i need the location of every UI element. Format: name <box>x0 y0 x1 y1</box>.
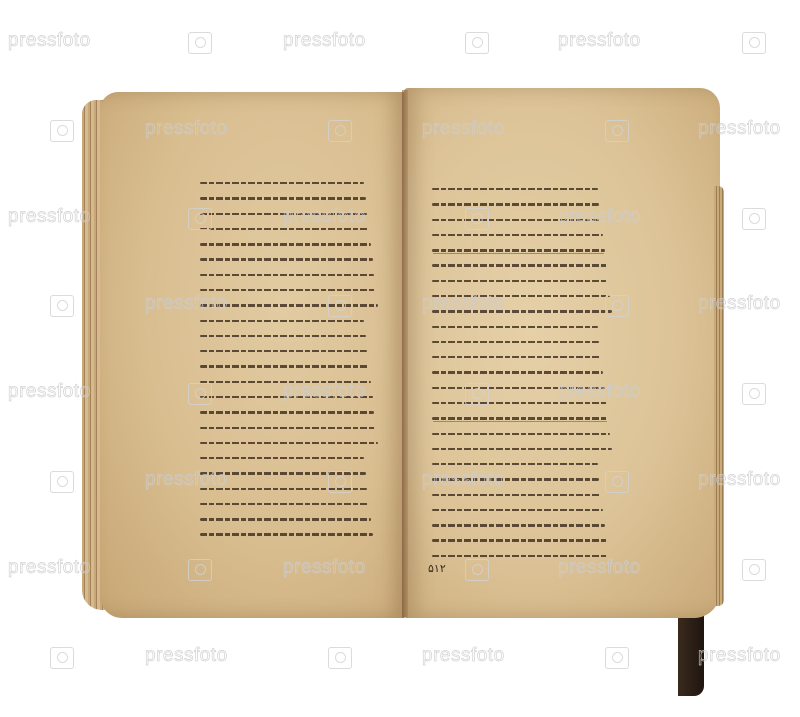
page-number: ۵۱۲ <box>428 562 446 575</box>
watermark-logo-icon <box>50 120 74 142</box>
watermark-text: pressfoto <box>145 118 228 140</box>
watermark-text: pressfoto <box>283 381 366 403</box>
watermark-text: pressfoto <box>698 645 781 667</box>
watermark-text: pressfoto <box>145 645 228 667</box>
watermark-logo-icon <box>188 208 212 230</box>
manuscript-text-line <box>432 188 598 190</box>
watermark-logo-icon <box>328 471 352 493</box>
watermark-logo-icon <box>328 647 352 669</box>
manuscript-text-line <box>200 365 369 367</box>
watermark-logo-icon <box>742 559 766 581</box>
watermark-text: pressfoto <box>558 206 641 228</box>
manuscript-text-line <box>200 197 366 199</box>
manuscript-text-line <box>432 539 607 541</box>
watermark-text: pressfoto <box>283 557 366 579</box>
manuscript-text-line <box>200 518 371 520</box>
watermark-logo-icon <box>328 295 352 317</box>
watermark-text: pressfoto <box>145 293 228 315</box>
manuscript-text-line <box>432 494 601 496</box>
manuscript-text-line <box>200 228 369 230</box>
watermark-text: pressfoto <box>422 118 505 140</box>
watermark-text: pressfoto <box>422 645 505 667</box>
manuscript-text-line <box>432 356 601 358</box>
watermark-text: pressfoto <box>558 30 641 52</box>
watermark-logo-icon <box>465 559 489 581</box>
right-page-stack-edge <box>714 186 724 606</box>
watermark-text: pressfoto <box>8 206 91 228</box>
right-page-handwritten-text <box>432 188 612 570</box>
manuscript-text-line <box>432 264 607 266</box>
manuscript-text-line <box>200 335 366 337</box>
watermark-text: pressfoto <box>8 557 91 579</box>
manuscript-text-line <box>432 249 605 251</box>
manuscript-text-line <box>432 417 608 419</box>
watermark-logo-icon <box>605 647 629 669</box>
watermark-text: pressfoto <box>558 381 641 403</box>
watermark-logo-icon <box>50 471 74 493</box>
watermark-logo-icon <box>742 383 766 405</box>
book-gutter <box>402 90 408 618</box>
manuscript-text-line <box>432 524 605 526</box>
watermark-text: pressfoto <box>8 30 91 52</box>
manuscript-text-line <box>200 411 374 413</box>
manuscript-text-line <box>200 442 378 444</box>
manuscript-text-line <box>432 463 598 465</box>
watermark-logo-icon <box>188 383 212 405</box>
manuscript-text-line <box>432 371 603 373</box>
watermark-logo-icon <box>465 383 489 405</box>
manuscript-text-line <box>200 182 364 184</box>
watermark-text: pressfoto <box>698 293 781 315</box>
watermark-text: pressfoto <box>698 118 781 140</box>
watermark-logo-icon <box>742 208 766 230</box>
watermark-logo-icon <box>328 120 352 142</box>
manuscript-text-line <box>432 448 612 450</box>
manuscript-text-line <box>432 280 608 282</box>
watermark-logo-icon <box>742 32 766 54</box>
manuscript-text-line <box>200 320 364 322</box>
watermark-text: pressfoto <box>698 469 781 491</box>
watermark-text: pressfoto <box>422 293 505 315</box>
left-page-handwritten-text <box>200 182 378 549</box>
manuscript-text-line <box>200 274 374 276</box>
watermark-logo-icon <box>605 295 629 317</box>
open-manuscript-book: ۵۱۲ <box>78 86 728 626</box>
manuscript-text-line <box>200 503 369 505</box>
manuscript-text-line <box>200 350 367 352</box>
manuscript-text-line <box>200 533 373 535</box>
manuscript-text-line <box>432 326 598 328</box>
watermark-logo-icon <box>50 647 74 669</box>
watermark-logo-icon <box>605 471 629 493</box>
watermark-text: pressfoto <box>422 469 505 491</box>
watermark-text: pressfoto <box>283 30 366 52</box>
manuscript-text-line <box>200 457 364 459</box>
manuscript-text-line <box>432 234 603 236</box>
manuscript-text-line <box>200 258 373 260</box>
photo-scene: ۵۱۲ pressfotopressfotopressfotopressfoto… <box>0 0 800 717</box>
manuscript-text-line <box>432 433 610 435</box>
manuscript-text-line <box>200 243 371 245</box>
manuscript-text-line <box>200 289 376 291</box>
watermark-logo-icon <box>465 208 489 230</box>
watermark-logo-icon <box>465 32 489 54</box>
left-page <box>100 92 406 618</box>
watermark-logo-icon <box>188 32 212 54</box>
manuscript-text-line <box>200 427 376 429</box>
watermark-text: pressfoto <box>145 469 228 491</box>
manuscript-text-line <box>432 341 599 343</box>
watermark-text: pressfoto <box>283 206 366 228</box>
watermark-logo-icon <box>50 295 74 317</box>
watermark-text: pressfoto <box>8 381 91 403</box>
watermark-logo-icon <box>605 120 629 142</box>
right-page: ۵۱۲ <box>404 88 720 618</box>
watermark-logo-icon <box>188 559 212 581</box>
watermark-text: pressfoto <box>558 557 641 579</box>
manuscript-text-line <box>432 509 603 511</box>
